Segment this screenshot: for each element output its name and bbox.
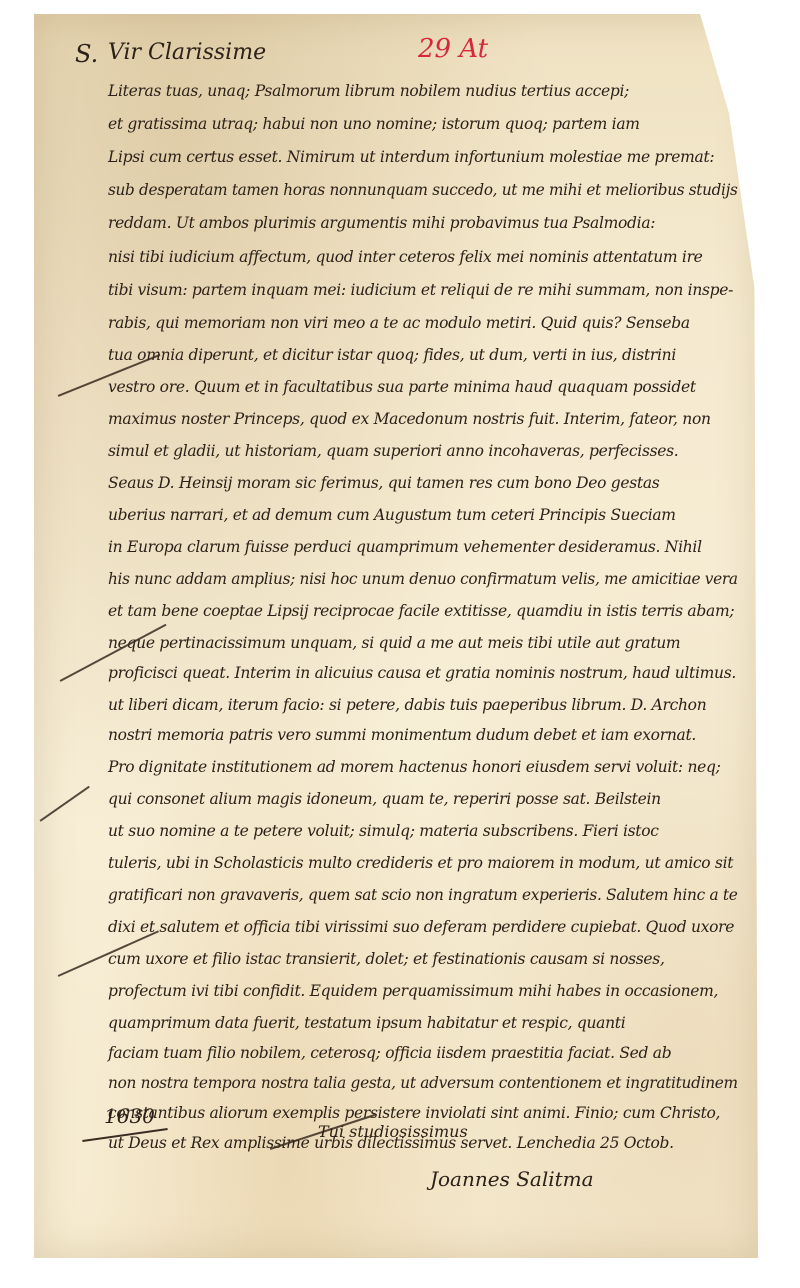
body-line: Literas tuas, unaq; Psalmorum librum nob… bbox=[108, 82, 629, 100]
body-line: cum uxore et filio istac transierit, dol… bbox=[108, 950, 665, 968]
body-line: constantibus aliorum exemplis persistere… bbox=[108, 1104, 720, 1122]
body-line: rabis, qui memoriam non viri meo a te ac… bbox=[108, 314, 690, 332]
salutation: Vir Clarissime bbox=[108, 40, 266, 65]
body-line: quamprimum data fuerit, testatum ipsum h… bbox=[108, 1014, 625, 1032]
body-line: gratificari non gravaveris, quem sat sci… bbox=[108, 886, 738, 904]
signature: Joannes Salitma bbox=[430, 1167, 594, 1191]
body-line: Pro dignitate institutionem ad morem hac… bbox=[108, 758, 721, 776]
year-note: 1630 bbox=[104, 1104, 155, 1128]
body-line: maximus noster Princeps, quod ex Macedon… bbox=[108, 410, 711, 428]
body-line: Seaus D. Heinsij moram sic ferimus, qui … bbox=[108, 474, 659, 492]
body-line: vestro ore. Quum et in facultatibus sua … bbox=[108, 378, 696, 396]
body-line: ut suo nomine a te petere voluit; simulq… bbox=[108, 822, 659, 840]
body-line: simul et gladii, ut historiam, quam supe… bbox=[108, 442, 678, 460]
body-line: nostri memoria patris vero summi monimen… bbox=[108, 726, 696, 744]
body-line: tuleris, ubi in Scholasticis multo credi… bbox=[108, 854, 733, 872]
body-line: tua omnia diperunt, et dicitur istar quo… bbox=[108, 346, 676, 364]
closing-phrase: Tui studiosissimus bbox=[318, 1122, 468, 1141]
body-line: neque pertinacissimum unquam, si quid a … bbox=[108, 634, 680, 652]
salutation-initial: S. bbox=[75, 40, 98, 68]
body-line: qui consonet alium magis idoneum, quam t… bbox=[108, 790, 661, 808]
body-line: uberius narrari, et ad demum cum Augustu… bbox=[108, 506, 676, 524]
folio-number: 29 At bbox=[418, 34, 488, 64]
body-line: nisi tibi iudicium affectum, quod inter … bbox=[108, 248, 703, 266]
body-line: profectum ivi tibi confidit. Equidem per… bbox=[108, 982, 718, 1000]
body-line: et gratissima utraq; habui non uno nomin… bbox=[108, 115, 640, 133]
body-line: reddam. Ut ambos plurimis argumentis mih… bbox=[108, 214, 655, 232]
body-line: ut liberi dicam, iterum facio: si petere… bbox=[108, 696, 706, 714]
body-line: sub desperatam tamen horas nonnunquam su… bbox=[108, 181, 738, 199]
body-line: in Europa clarum fuisse perduci quamprim… bbox=[108, 538, 702, 556]
body-line: dixi et salutem et officia tibi virissim… bbox=[108, 918, 734, 936]
body-line: non nostra tempora nostra talia gesta, u… bbox=[108, 1074, 738, 1092]
body-line: tibi visum: partem inquam mei: iudicium … bbox=[108, 281, 733, 299]
body-line: faciam tuam filio nobilem, ceterosq; off… bbox=[108, 1044, 671, 1062]
body-line: his nunc addam amplius; nisi hoc unum de… bbox=[108, 570, 738, 588]
body-line: proficisci queat. Interim in alicuius ca… bbox=[108, 664, 736, 682]
body-line: Lipsi cum certus esset. Nimirum ut inter… bbox=[108, 148, 714, 166]
body-line: et tam bene coeptae Lipsij reciprocae fa… bbox=[108, 602, 734, 620]
